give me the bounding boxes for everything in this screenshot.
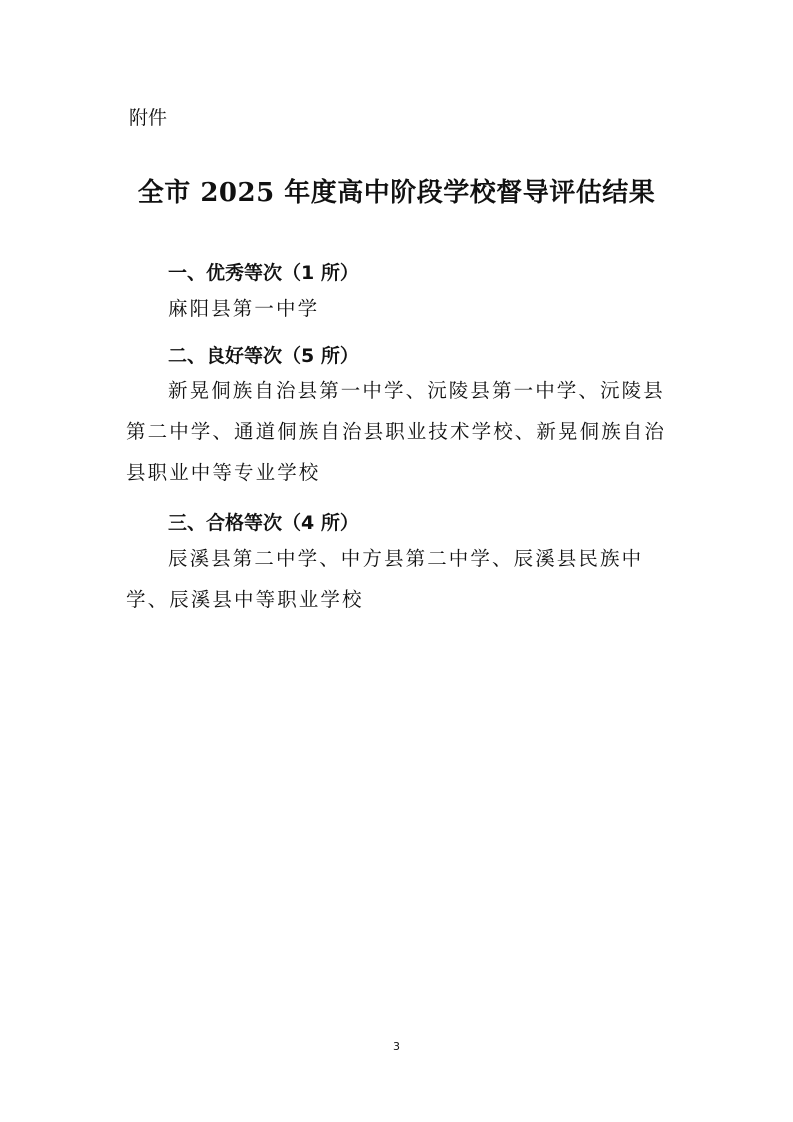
section-heading-qualified: 三、合格等次（4 所） [168,508,359,535]
section-schools-good: 新晃侗族自治县第一中学、沅陵县第一中学、沅陵县第二中学、通道侗族自治县职业技术学… [126,370,682,493]
section-heading-excellent: 一、优秀等次（1 所） [168,258,359,285]
document-title: 全市 2025 年度高中阶段学校督导评估结果 [0,172,793,209]
page-number: 3 [393,1040,400,1053]
section-heading-good: 二、良好等次（5 所） [168,341,359,368]
document-page: 附件 全市 2025 年度高中阶段学校督导评估结果 一、优秀等次（1 所） 麻阳… [0,0,793,1122]
section-schools-qualified: 辰溪县第二中学、中方县第二中学、辰溪县民族中学、辰溪县中等职业学校 [126,538,682,620]
attachment-label: 附件 [129,103,167,130]
section-schools-excellent: 麻阳县第一中学 [126,288,682,329]
